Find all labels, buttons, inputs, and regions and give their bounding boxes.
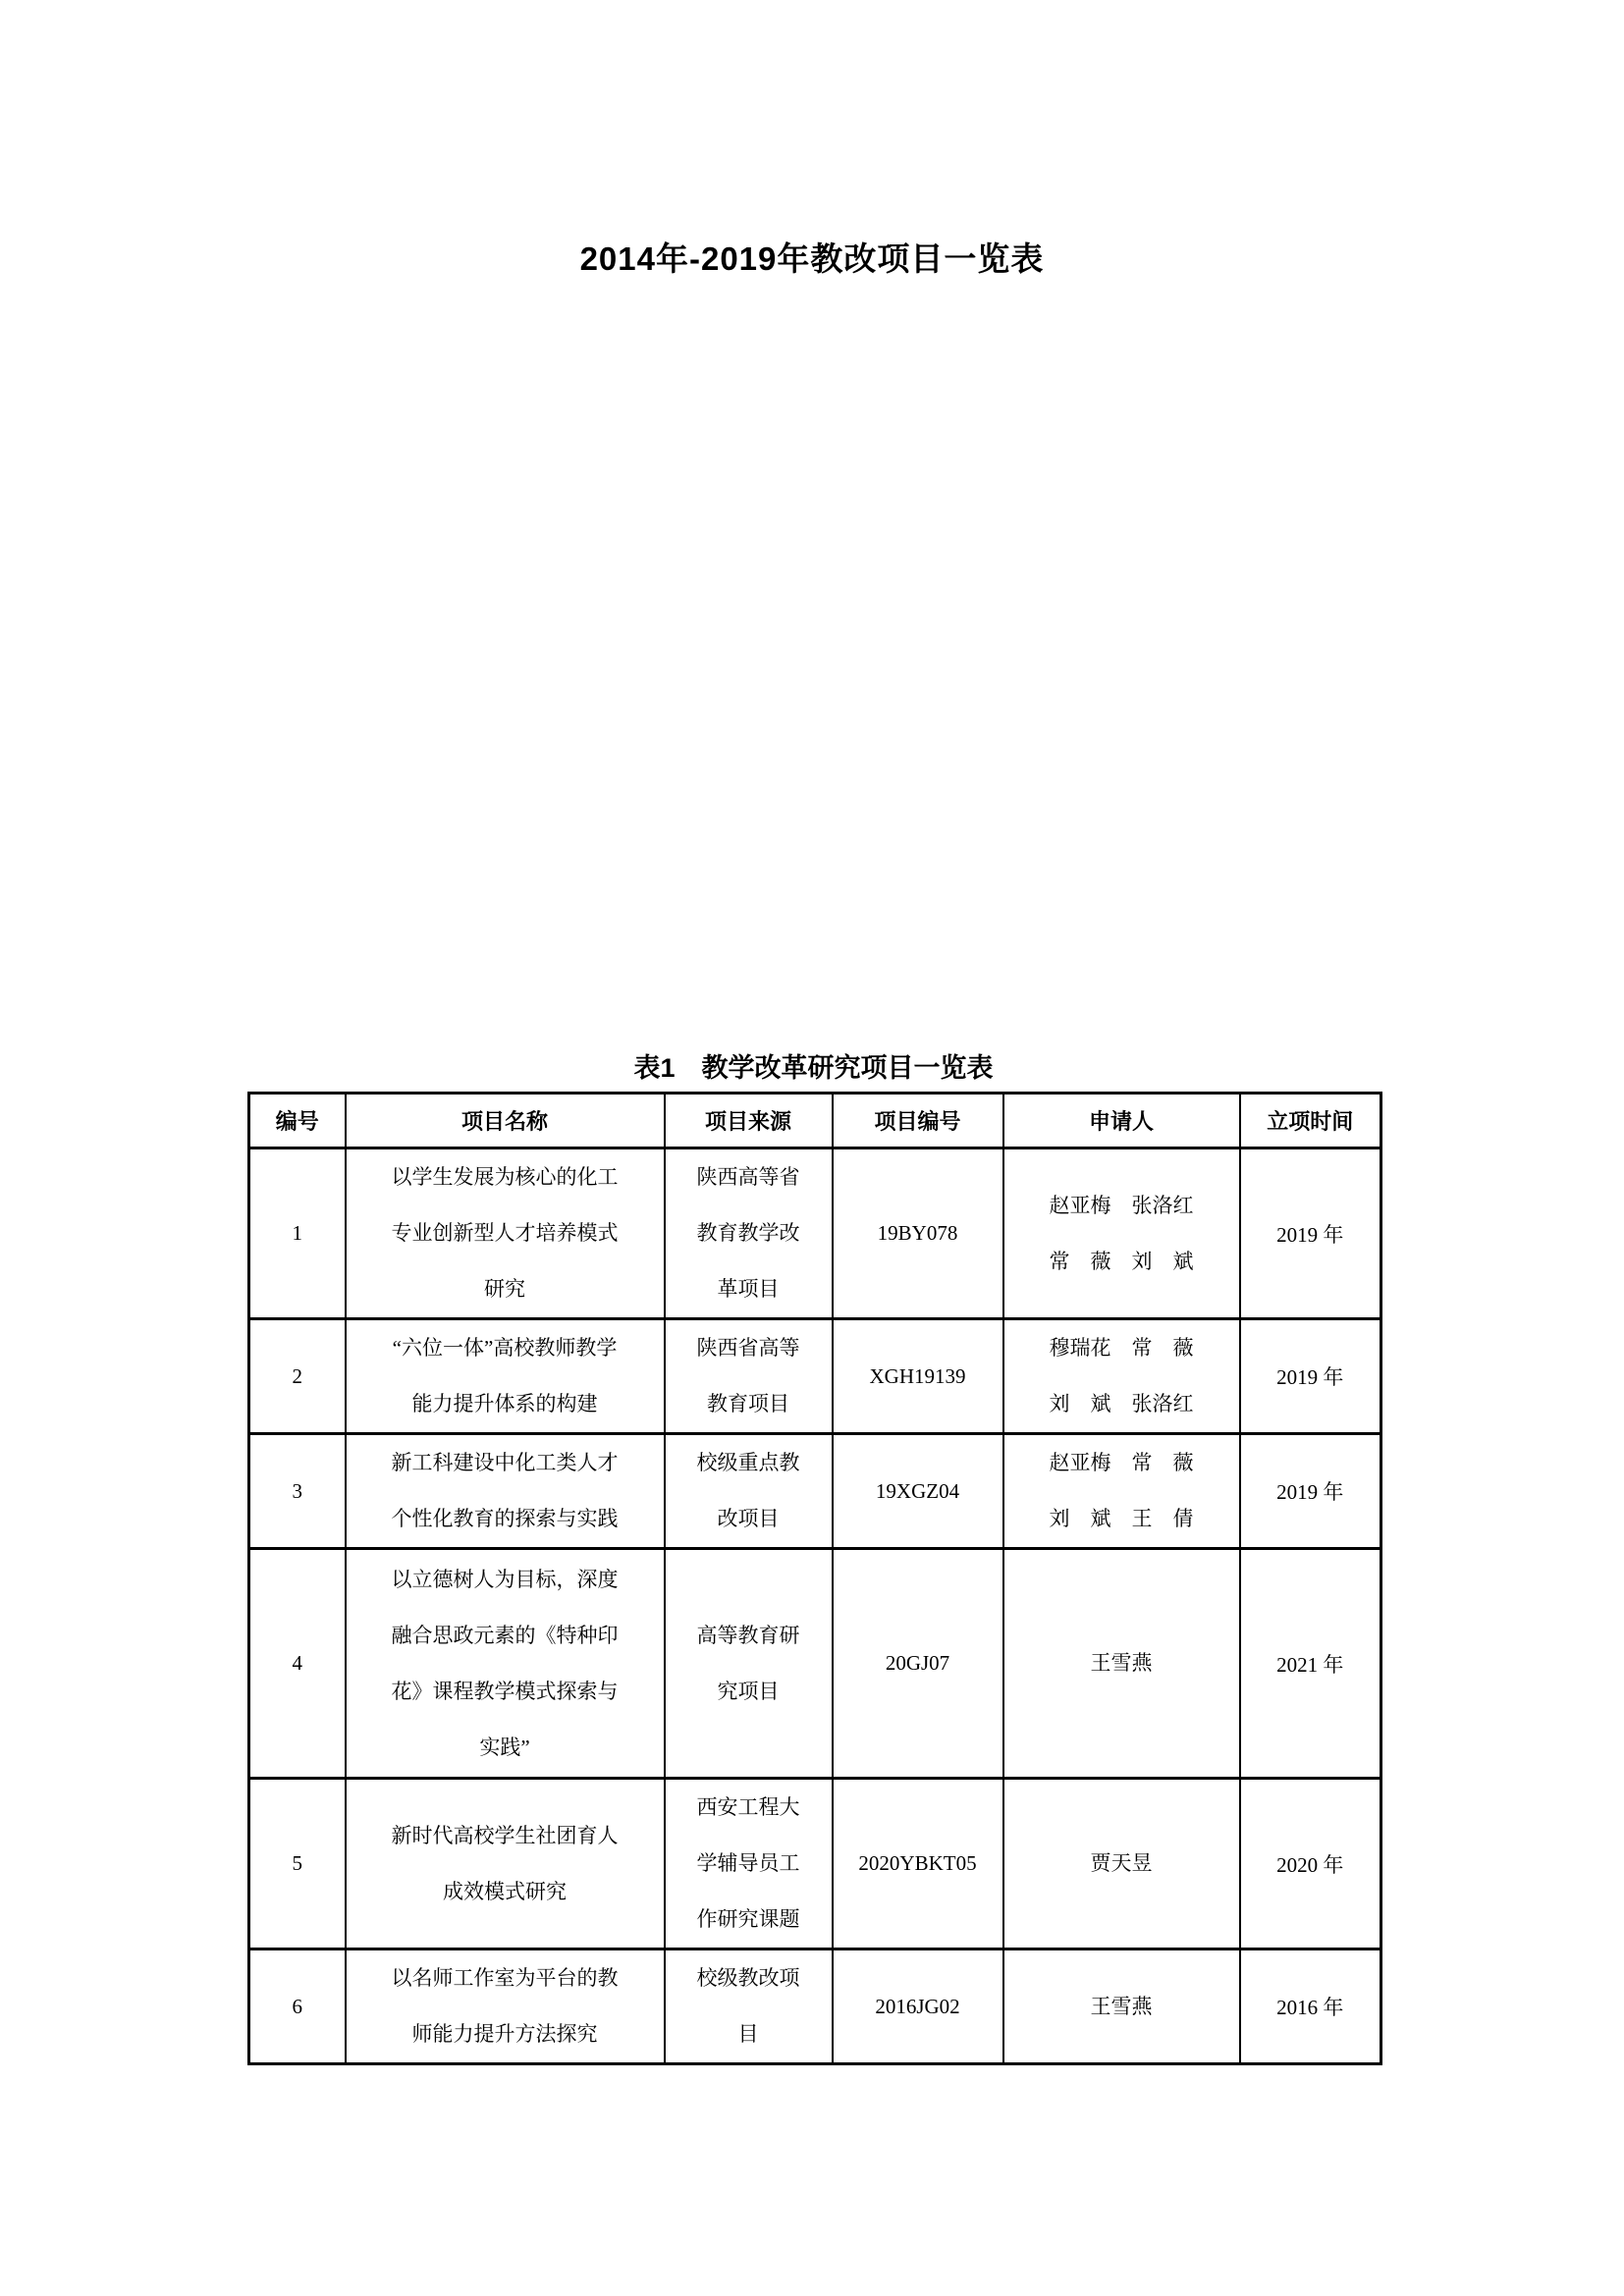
header-applicant: 申请人 — [1003, 1094, 1240, 1148]
cell-project-source: 校级重点教 改项目 — [665, 1434, 833, 1549]
cell-applicant: 贾天昱 — [1003, 1779, 1240, 1949]
cell-number: 1 — [249, 1148, 346, 1319]
cell-project-name: 以学生发展为核心的化工 专业创新型人才培养模式 研究 — [346, 1148, 665, 1319]
cell-start-date: 2019 年 — [1240, 1148, 1381, 1319]
cell-applicant: 赵亚梅 张洛红 常 薇 刘 斌 — [1003, 1148, 1240, 1319]
cell-applicant: 王雪燕 — [1003, 1549, 1240, 1779]
cell-project-source: 陕西省高等 教育项目 — [665, 1319, 833, 1434]
header-project-code: 项目编号 — [833, 1094, 1003, 1148]
header-start-date: 立项时间 — [1240, 1094, 1381, 1148]
cell-project-name: 以立德树人为目标，深度 融合思政元素的《特种印 花》课程教学模式探索与 实践” — [346, 1549, 665, 1779]
page-title: 2014年-2019年教改项目一览表 — [0, 234, 1624, 280]
cell-start-date: 2020 年 — [1240, 1779, 1381, 1949]
header-project-name: 项目名称 — [346, 1094, 665, 1148]
cell-project-code: 20GJ07 — [833, 1549, 1003, 1779]
header-number: 编号 — [249, 1094, 346, 1148]
cell-project-code: 2016JG02 — [833, 1949, 1003, 2064]
cell-project-source: 陕西高等省 教育教学改 革项目 — [665, 1148, 833, 1319]
cell-project-code: 19BY078 — [833, 1148, 1003, 1319]
cell-project-source: 高等教育研 究项目 — [665, 1549, 833, 1779]
projects-table: 编号 项目名称 项目来源 项目编号 申请人 立项时间 1 以学生发展为核心的化工… — [247, 1092, 1382, 2065]
cell-project-code: XGH19139 — [833, 1319, 1003, 1434]
table-row: 5 新时代高校学生社团育人 成效模式研究 西安工程大 学辅导员工 作研究课题 2… — [249, 1779, 1381, 1949]
cell-project-name: 新时代高校学生社团育人 成效模式研究 — [346, 1779, 665, 1949]
cell-start-date: 2019 年 — [1240, 1434, 1381, 1549]
cell-applicant: 赵亚梅 常 薇 刘 斌 王 倩 — [1003, 1434, 1240, 1549]
table-row: 1 以学生发展为核心的化工 专业创新型人才培养模式 研究 陕西高等省 教育教学改… — [249, 1148, 1381, 1319]
header-project-source: 项目来源 — [665, 1094, 833, 1148]
cell-number: 6 — [249, 1949, 346, 2064]
cell-project-name: 新工科建设中化工类人才 个性化教育的探索与实践 — [346, 1434, 665, 1549]
table-row: 6 以名师工作室为平台的教 师能力提升方法探究 校级教改项 目 2016JG02… — [249, 1949, 1381, 2064]
cell-number: 4 — [249, 1549, 346, 1779]
table-caption: 表1 教学改革研究项目一览表 — [247, 1046, 1380, 1085]
cell-project-source: 校级教改项 目 — [665, 1949, 833, 2064]
cell-start-date: 2021 年 — [1240, 1549, 1381, 1779]
cell-project-name: “六位一体”高校教师教学 能力提升体系的构建 — [346, 1319, 665, 1434]
cell-number: 3 — [249, 1434, 346, 1549]
table-row: 3 新工科建设中化工类人才 个性化教育的探索与实践 校级重点教 改项目 19XG… — [249, 1434, 1381, 1549]
table-row: 4 以立德树人为目标，深度 融合思政元素的《特种印 花》课程教学模式探索与 实践… — [249, 1549, 1381, 1779]
cell-project-code: 19XGZ04 — [833, 1434, 1003, 1549]
cell-project-source: 西安工程大 学辅导员工 作研究课题 — [665, 1779, 833, 1949]
cell-start-date: 2016 年 — [1240, 1949, 1381, 2064]
cell-start-date: 2019 年 — [1240, 1319, 1381, 1434]
cell-applicant: 穆瑞花 常 薇 刘 斌 张洛红 — [1003, 1319, 1240, 1434]
cell-number: 5 — [249, 1779, 346, 1949]
table-row: 2 “六位一体”高校教师教学 能力提升体系的构建 陕西省高等 教育项目 XGH1… — [249, 1319, 1381, 1434]
cell-number: 2 — [249, 1319, 346, 1434]
table-header-row: 编号 项目名称 项目来源 项目编号 申请人 立项时间 — [249, 1094, 1381, 1148]
cell-applicant: 王雪燕 — [1003, 1949, 1240, 2064]
cell-project-name: 以名师工作室为平台的教 师能力提升方法探究 — [346, 1949, 665, 2064]
cell-project-code: 2020YBKT05 — [833, 1779, 1003, 1949]
